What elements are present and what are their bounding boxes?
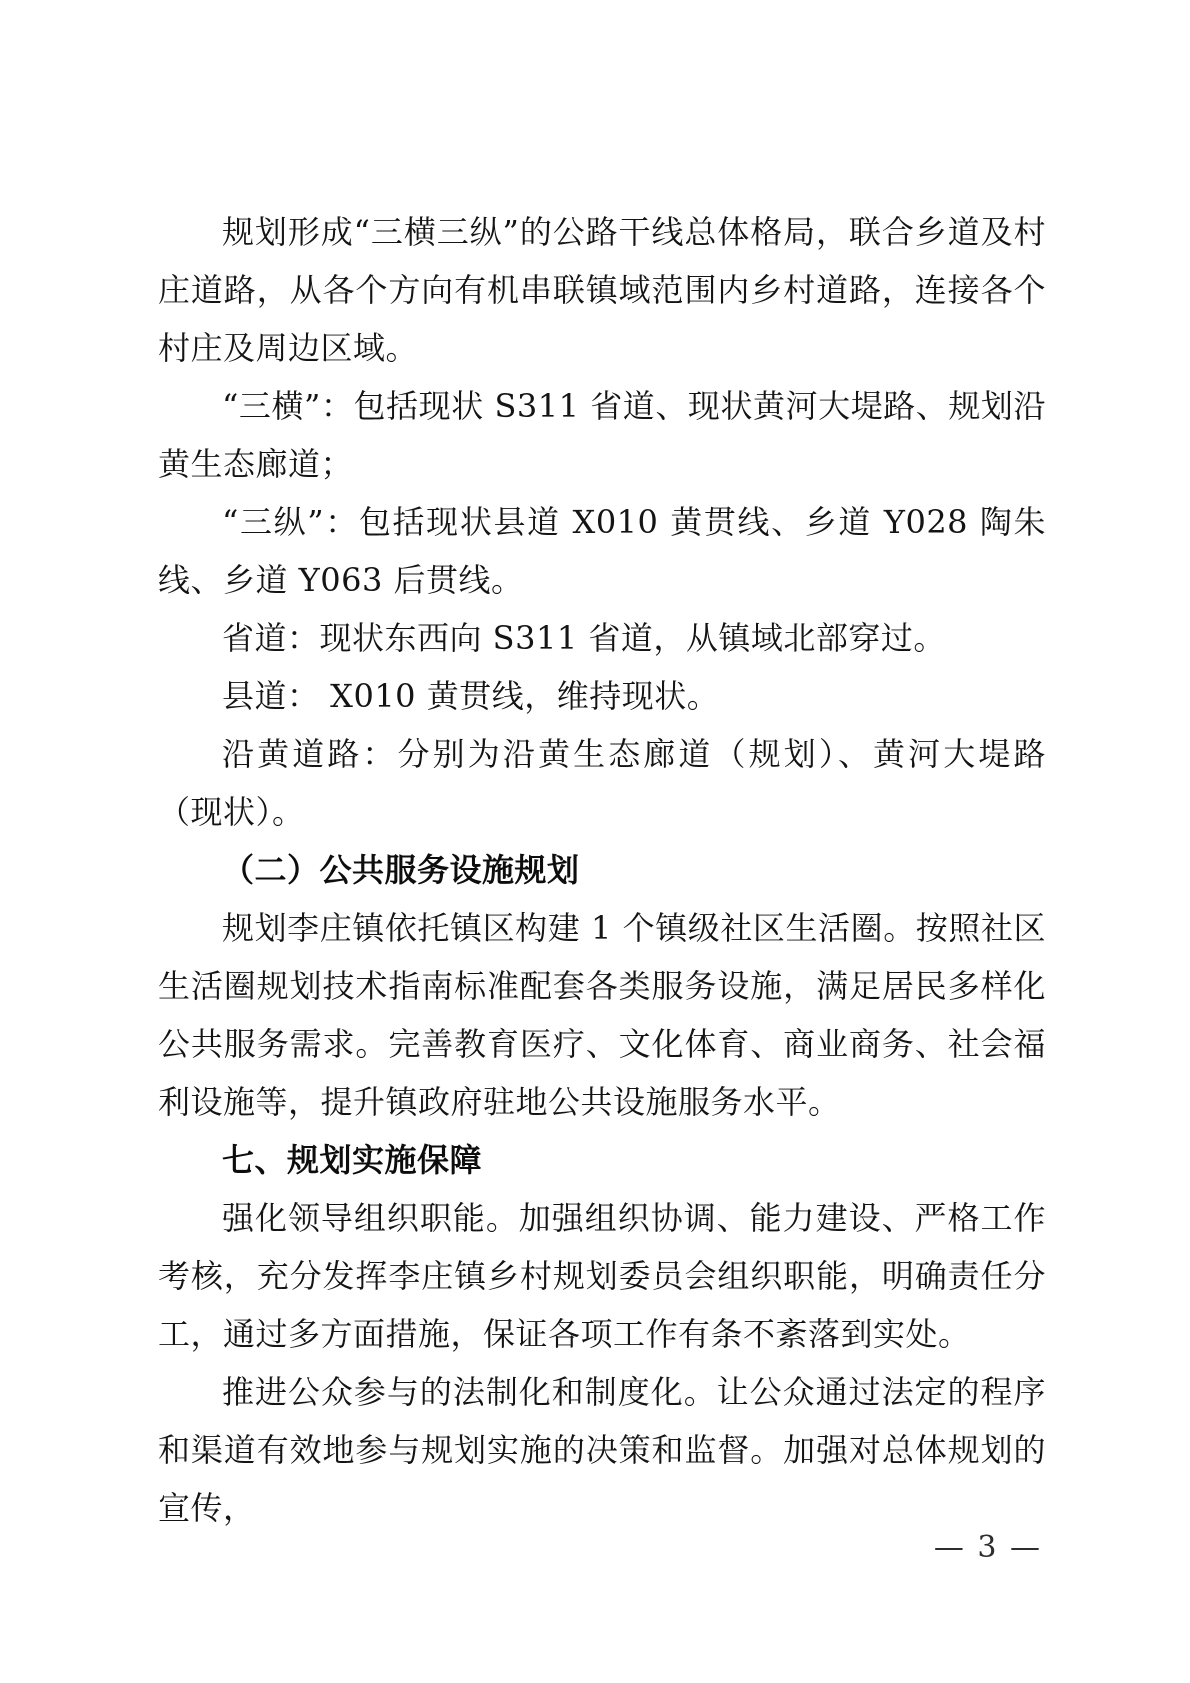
document-page: 规划形成“三横三纵”的公路干线总体格局，联合乡道及村庄道路，从各个方向有机串联镇…	[0, 0, 1190, 1683]
section-heading: 七、规划实施保障	[158, 1131, 1046, 1189]
paragraph: 县道： X010 黄贯线，维持现状。	[158, 667, 1046, 725]
paragraph: 省道：现状东西向 S311 省道，从镇域北部穿过。	[158, 609, 1046, 667]
paragraph: 规划李庄镇依托镇区构建 1 个镇级社区生活圈。按照社区生活圈规划技术指南标准配套…	[158, 899, 1046, 1131]
section-heading: （二）公共服务设施规划	[158, 841, 1046, 899]
paragraph: 沿黄道路：分别为沿黄生态廊道（规划）、黄河大堤路（现状）。	[158, 725, 1046, 841]
paragraph: “三纵”：包括现状县道 X010 黄贯线、乡道 Y028 陶朱线、乡道 Y063…	[158, 493, 1046, 609]
document-body: 规划形成“三横三纵”的公路干线总体格局，联合乡道及村庄道路，从各个方向有机串联镇…	[158, 203, 1046, 1537]
page-number: — 3 —	[934, 1530, 1042, 1565]
paragraph: 推进公众参与的法制化和制度化。让公众通过法定的程序和渠道有效地参与规划实施的决策…	[158, 1363, 1046, 1537]
page-footer: — 3 —	[934, 1530, 1042, 1566]
paragraph: 强化领导组织职能。加强组织协调、能力建设、严格工作考核，充分发挥李庄镇乡村规划委…	[158, 1189, 1046, 1363]
paragraph: “三横”：包括现状 S311 省道、现状黄河大堤路、规划沿黄生态廊道；	[158, 377, 1046, 493]
paragraph: 规划形成“三横三纵”的公路干线总体格局，联合乡道及村庄道路，从各个方向有机串联镇…	[158, 203, 1046, 377]
